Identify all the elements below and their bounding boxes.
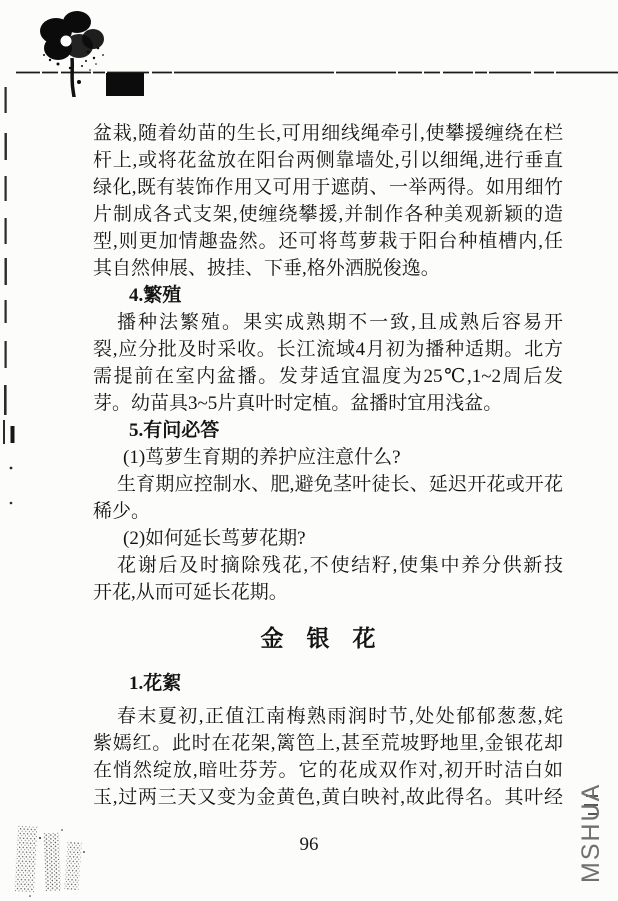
paragraph-continuation: 盆栽,随着幼苗的生长,可用细线绳牵引,使攀援缠绕在栏杆上,或将花盆放在阳台两侧靠… xyxy=(93,120,563,282)
text-line: 稀少。 xyxy=(93,498,563,525)
section-heading-huaxu: 1.花絮 xyxy=(129,670,563,697)
text-line: 花谢后及时摘除残花,不使结籽,使集中养分供新技 xyxy=(93,552,563,579)
text-line: 生育期应控制水、肥,避免茎叶徒长、延迟开花或开花 xyxy=(93,471,563,498)
text-line: 玉,过两三天又变为金黄色,黄白映衬,故此得名。其叶经 xyxy=(93,784,563,811)
text-line: 春末夏初,正值江南梅熟雨润时节,处处郁郁葱葱,姹 xyxy=(93,703,563,730)
text-line: 需提前在室内盆播。发芽适宜温度为25℃,1~2周后发 xyxy=(93,363,563,390)
text-line: 芽。幼苗具3~5片真叶时定植。盆播时宜用浅盆。 xyxy=(93,390,563,417)
watermark: MSHUA xyxy=(577,788,605,883)
text-line: 紫嫣红。此时在花架,篱笆上,甚至荒坡野地里,金银花却 xyxy=(93,730,563,757)
question-1: (1)茑萝生育期的养护应注意什么? xyxy=(93,444,563,471)
paragraph-honeysuckle-intro: 春末夏初,正值江南梅熟雨润时节,处处郁郁葱葱,姹紫嫣红。此时在花架,篱笆上,甚至… xyxy=(93,703,563,811)
ink-block-mark xyxy=(106,73,144,96)
section-heading-propagation: 4.繁殖 xyxy=(129,282,563,309)
text-line: 绿化,既有装饰作用又可用于遮荫、一举两得。如用细竹 xyxy=(93,174,563,201)
text-line: 杆上,或将花盆放在阳台两侧靠墙处,引以细绳,进行垂直 xyxy=(93,147,563,174)
page-number: 96 xyxy=(0,834,618,856)
binding-marks xyxy=(3,87,15,504)
answer-1: 生育期应控制水、肥,避免茎叶徒长、延迟开花或开花稀少。 xyxy=(93,471,563,525)
answer-2: 花谢后及时摘除残花,不使结籽,使集中养分供新技开花,从而可延长花期。 xyxy=(93,552,563,606)
text-line: 片制成各式支架,使缠绕攀援,并制作各种美观新颖的造 xyxy=(93,201,563,228)
section-heading-qa: 5.有问必答 xyxy=(129,417,563,444)
text-column: 盆栽,随着幼苗的生长,可用细线绳牵引,使攀援缠绕在栏杆上,或将花盆放在阳台两侧靠… xyxy=(93,120,563,811)
text-line: 其自然伸展、披挂、下垂,格外洒脱俊逸。 xyxy=(93,255,563,282)
text-line: 型,则更加情趣盎然。还可将茑萝栽于阳台种植槽内,任 xyxy=(93,228,563,255)
text-line: 在悄然绽放,暗吐芬芳。它的花成双作对,初开时洁白如 xyxy=(93,757,563,784)
question-2: (2)如何延长茑萝花期? xyxy=(93,525,563,552)
text-line: 播种法繁殖。果实成熟期不一致,且成熟后容易开 xyxy=(93,309,563,336)
text-line: 开花,从而可延长花期。 xyxy=(93,579,563,606)
book-page: 盆栽,随着幼苗的生长,可用细线绳牵引,使攀援缠绕在栏杆上,或将花盆放在阳台两侧靠… xyxy=(0,0,618,901)
chapter-title-honeysuckle: 金 银 花 xyxy=(73,622,563,656)
ink-blot-stamp xyxy=(40,11,104,97)
text-line: 盆栽,随着幼苗的生长,可用细线绳牵引,使攀援缠绕在栏 xyxy=(93,120,563,147)
text-line: 裂,应分批及时采收。长江流域4月初为播种适期。北方 xyxy=(93,336,563,363)
paragraph-propagation: 播种法繁殖。果实成熟期不一致,且成熟后容易开裂,应分批及时采收。长江流域4月初为… xyxy=(93,309,563,417)
